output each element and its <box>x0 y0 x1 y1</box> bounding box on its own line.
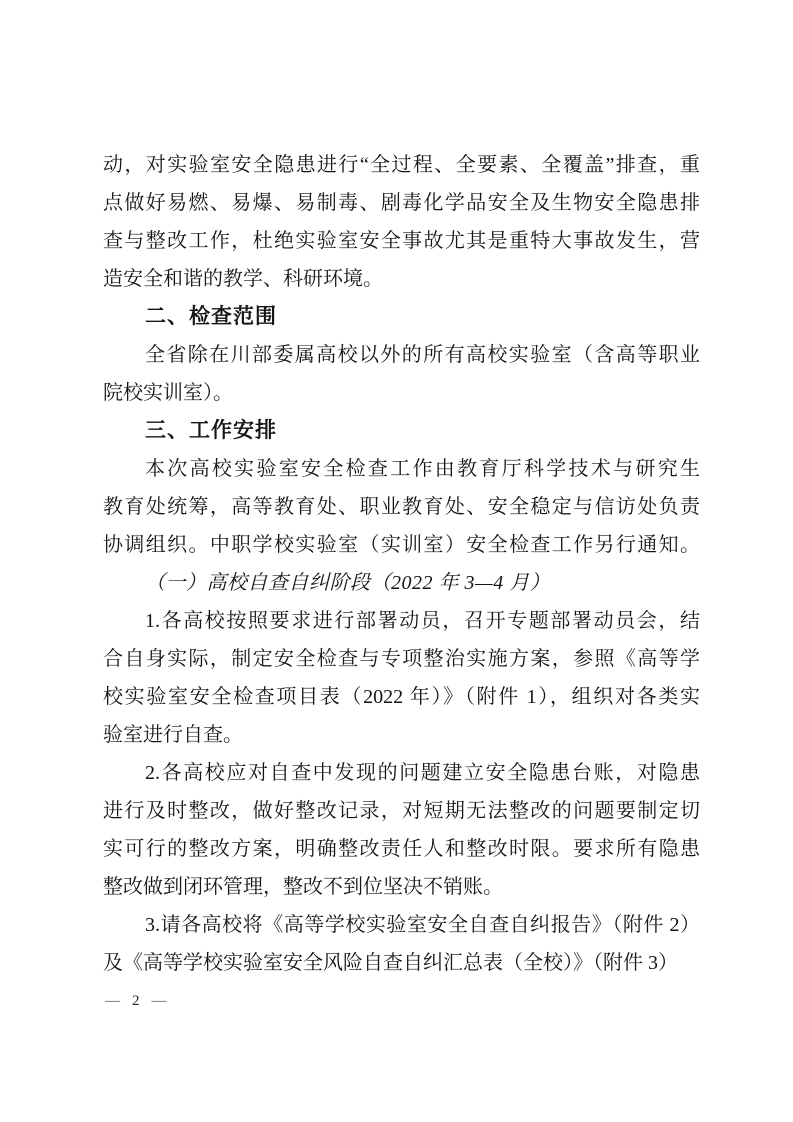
paragraph: 全省除在川部委属高校以外的所有高校实验室（含高等职业院校实训室）。 <box>103 336 700 412</box>
section-heading: 二、检查范围 <box>103 298 700 336</box>
text-line: 三、工作安排 <box>103 412 700 450</box>
text-line: 造安全和谐的教学、科研环境。 <box>103 260 700 298</box>
text-line: 点做好易燃、易爆、易制毒、剧毒化学品安全及生物安全隐患排 <box>103 184 700 222</box>
paragraph: 3.请各高校将《高等学校实验室安全自查自纠报告》（附件 2）及《高等学校实验室安… <box>103 906 700 982</box>
text-line: 验室进行自查。 <box>103 716 700 754</box>
text-line: 教育处统筹，高等教育处、职业教育处、安全稳定与信访处负责 <box>103 488 700 526</box>
document-page: 动，对实验室安全隐患进行“全过程、全要素、全覆盖”排查，重点做好易燃、易爆、易制… <box>0 0 793 1122</box>
text-line: 动，对实验室安全隐患进行“全过程、全要素、全覆盖”排查，重 <box>103 146 700 184</box>
text-line: （一）高校自查自纠阶段（2022 年 3—4 月） <box>103 564 700 602</box>
text-line: 本次高校实验室安全检查工作由教育厅科学技术与研究生 <box>103 450 700 488</box>
page-footer: —2— <box>103 993 170 1010</box>
text-line: 全省除在川部委属高校以外的所有高校实验室（含高等职业 <box>103 336 700 374</box>
paragraph: 1.各高校按照要求进行部署动员，召开专题部署动员会，结合自身实际，制定安全检查与… <box>103 602 700 754</box>
footer-dash-right: — <box>150 993 170 1009</box>
section-subheading: （一）高校自查自纠阶段（2022 年 3—4 月） <box>103 564 700 602</box>
text-line: 查与整改工作，杜绝实验室安全事故尤其是重特大事故发生，营 <box>103 222 700 260</box>
paragraph: 本次高校实验室安全检查工作由教育厅科学技术与研究生教育处统筹，高等教育处、职业教… <box>103 450 700 564</box>
page-number: 2 <box>123 993 150 1009</box>
text-line: 2.各高校应对自查中发现的问题建立安全隐患台账，对隐患 <box>103 754 700 792</box>
footer-dash-left: — <box>103 993 123 1009</box>
text-line: 3.请各高校将《高等学校实验室安全自查自纠报告》（附件 2） <box>103 906 700 944</box>
text-line: 及《高等学校实验室安全风险自查自纠汇总表（全校）》（附件 3） <box>103 944 700 982</box>
paragraph: 2.各高校应对自查中发现的问题建立安全隐患台账，对隐患进行及时整改，做好整改记录… <box>103 754 700 906</box>
paragraph: 动，对实验室安全隐患进行“全过程、全要素、全覆盖”排查，重点做好易燃、易爆、易制… <box>103 146 700 298</box>
document-content: 动，对实验室安全隐患进行“全过程、全要素、全覆盖”排查，重点做好易燃、易爆、易制… <box>103 146 700 982</box>
text-line: 二、检查范围 <box>103 298 700 336</box>
text-line: 院校实训室）。 <box>103 374 700 412</box>
text-line: 整改做到闭环管理，整改不到位坚决不销账。 <box>103 868 700 906</box>
text-line: 合自身实际，制定安全检查与专项整治实施方案，参照《高等学 <box>103 640 700 678</box>
text-line: 进行及时整改，做好整改记录，对短期无法整改的问题要制定切 <box>103 792 700 830</box>
section-heading: 三、工作安排 <box>103 412 700 450</box>
text-line: 1.各高校按照要求进行部署动员，召开专题部署动员会，结 <box>103 602 700 640</box>
text-line: 校实验室安全检查项目表（2022 年）》（附件 1），组织对各类实 <box>103 678 700 716</box>
text-line: 实可行的整改方案，明确整改责任人和整改时限。要求所有隐患 <box>103 830 700 868</box>
text-line: 协调组织。中职学校实验室（实训室）安全检查工作另行通知。 <box>103 526 700 564</box>
